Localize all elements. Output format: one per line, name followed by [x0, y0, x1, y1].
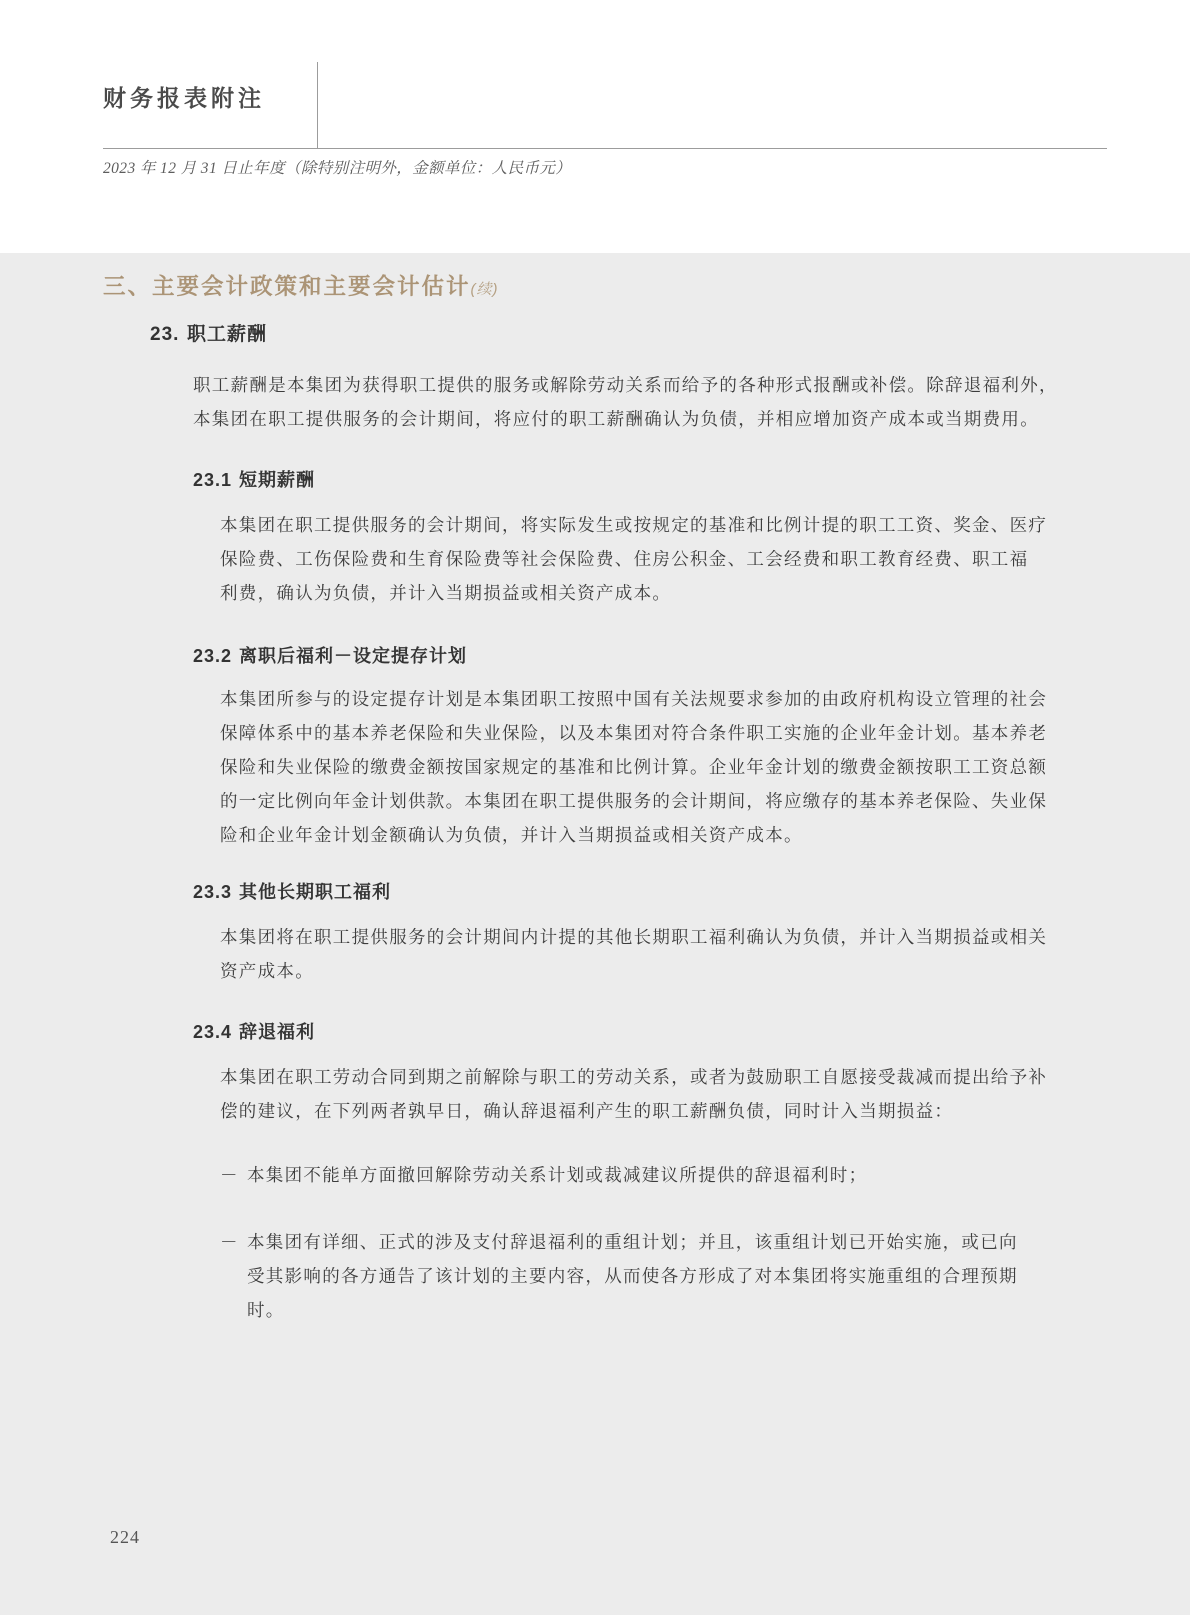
- termination-benefit-bullet-2-text: 本集团有详细、正式的涉及支付辞退福利的重组计划；并且，该重组计划已开始实施，或已…: [247, 1225, 1097, 1327]
- subsection-23-4-number: 23.4: [193, 1022, 232, 1042]
- subsection-23-3-paragraph: 本集团将在职工提供服务的会计期间内计提的其他长期职工福利确认为负债，并计入当期损…: [220, 920, 1105, 988]
- header-horizontal-divider: [103, 148, 1107, 149]
- section-heading: 三、主要会计政策和主要会计估计(续): [103, 269, 1190, 301]
- subsection-23-1-heading: 23.1短期薪酬: [193, 466, 1190, 492]
- item-23-number: 23.: [150, 324, 180, 346]
- report-title: 财务报表附注: [103, 80, 265, 113]
- subsection-23-3-heading: 23.3其他长期职工福利: [193, 878, 1190, 904]
- dash-bullet-marker: －: [220, 1225, 247, 1327]
- content-sheet: 三、主要会计政策和主要会计估计(续) 23.职工薪酬 职工薪酬是本集团为获得职工…: [0, 253, 1190, 1615]
- subsection-23-4-heading: 23.4辞退福利: [193, 1018, 1190, 1044]
- item-23-intro-paragraph: 职工薪酬是本集团为获得职工提供的服务或解除劳动关系而给予的各种形式报酬或补偿。除…: [193, 368, 1098, 436]
- header-vertical-divider: [317, 62, 318, 148]
- section-heading-text: 三、主要会计政策和主要会计估计: [103, 274, 471, 299]
- subsection-23-2-title: 离职后福利－设定提存计划: [239, 646, 467, 666]
- item-23-title: 职工薪酬: [187, 324, 267, 345]
- subsection-23-3-number: 23.3: [193, 882, 232, 902]
- subsection-23-4-paragraph: 本集团在职工劳动合同到期之前解除与职工的劳动关系，或者为鼓励职工自愿接受裁减而提…: [220, 1060, 1105, 1128]
- dash-bullet-marker: －: [220, 1158, 247, 1192]
- termination-benefit-bullet-1-text: 本集团不能单方面撤回解除劳动关系计划或裁减建议所提供的辞退福利时；: [247, 1158, 1097, 1192]
- report-period-note: 2023 年 12 月 31 日止年度（除特别注明外，金额单位：人民币元）: [103, 156, 571, 178]
- item-23-heading: 23.职工薪酬: [150, 319, 1190, 346]
- termination-benefit-bullet-1: － 本集团不能单方面撤回解除劳动关系计划或裁减建议所提供的辞退福利时；: [220, 1158, 1190, 1192]
- termination-benefit-bullet-2: － 本集团有详细、正式的涉及支付辞退福利的重组计划；并且，该重组计划已开始实施，…: [220, 1225, 1190, 1327]
- subsection-23-2-number: 23.2: [193, 646, 232, 666]
- subsection-23-1-number: 23.1: [193, 470, 232, 490]
- page-number: 224: [110, 1527, 140, 1548]
- subsection-23-1-title: 短期薪酬: [239, 470, 315, 490]
- subsection-23-1-paragraph: 本集团在职工提供服务的会计期间，将实际发生或按规定的基准和比例计提的职工工资、奖…: [220, 508, 1105, 610]
- subsection-23-3-title: 其他长期职工福利: [239, 882, 391, 902]
- document-page: 财务报表附注 2023 年 12 月 31 日止年度（除特别注明外，金额单位：人…: [0, 0, 1190, 1615]
- subsection-23-2-paragraph: 本集团所参与的设定提存计划是本集团职工按照中国有关法规要求参加的由政府机构设立管…: [220, 682, 1105, 852]
- subsection-23-4-title: 辞退福利: [239, 1022, 315, 1042]
- subsection-23-2-heading: 23.2离职后福利－设定提存计划: [193, 642, 1190, 668]
- section-continued-label: (续): [471, 281, 499, 298]
